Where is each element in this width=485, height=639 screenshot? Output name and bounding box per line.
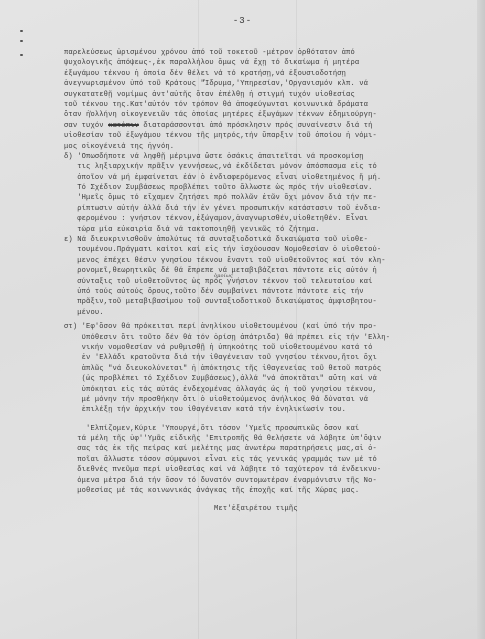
text-line: ἐπιλέξῃ τήν ἀρχικήν του ἰθαγένειαν κατά … [64,405,474,415]
text-line: νικήν νομοθεσίαν νά ρυθμισθῇ ἡ ὑπηκοότης… [64,343,474,353]
text-line: σαν τυχόν κατόπιν διαταράσσονται ἀπό πρό… [64,121,474,131]
text-line: ὑπόκηται εἰς τάς αὐτάς ἐνδεχομένας ἀλλαγ… [64,385,474,395]
text-line: στ) 'Εφ'ὅσον θά πρόκειται περί ἀνηλίκου … [64,322,474,332]
text-line: ὅταν ἠ̔ολλήνη οἰκογενειῶν τάς ὁποίας μητ… [64,110,474,120]
list-item-st: στ) 'Εφ'ὅσον θά πρόκειται περί ἀνηλίκου … [64,322,474,416]
margin-mark [20,54,23,56]
text-line: πρᾶξιν,τοῦ μεταβιβασίμου τοῦ συνταξιοδοτ… [64,297,474,307]
text-line: φερομένου : γνήσιον τέκνον,ἐξώγαμον,ἀναγ… [64,214,474,224]
closing-salutation: Μετ'ἐξαιρέτου τιμῆς [64,504,474,514]
text-line: ἁπλῶς "νά διευκολύνεται" ἡ ἀπόκτησις τῆς… [64,364,474,374]
text-line: σας τάς ἐκ τῆς πείρας καί μελέτης μας ἀν… [64,444,474,454]
text-line: τοῦ τέκνου της.Κατ'αὐτόν τόν τρόπον θά ἀ… [64,100,474,110]
spacer [64,496,474,504]
text-line: ἀνεγνωρισμένον ὑπό τοῦ Κράτους "Ἵδρυμα,'… [64,79,474,89]
document-page: -3- παρελεύσεως ὡρισμένου χρόνου ἀπό τοῦ… [0,0,485,639]
paper-edge-shadow [477,0,485,639]
text-line: (ὡς προβλέπει τό Σχέδιον Συμβάσεως),ἀλλά… [64,374,474,384]
text-line: ρίπτωσιν αὐτήν ἀλλά διά τήν ἐν γένει προ… [64,204,474,214]
text-line: μενος ἐπέχει θέσιν γνησίου τέκνου ἔναντι… [64,256,474,266]
text-line: μέ μόνην τήν προσθήκην ὅτι ὁ υἱοθετούμεν… [64,395,474,405]
text-line: ἐξωγάμου τέκνου ἡ ὁποία δέν θέλει νά τό … [64,69,474,79]
text-line: ποῖαι ἄλλωστε τόσον σύμφωνοι εἶναι εἰς τ… [64,455,474,465]
list-item-e: ε) Νά διευκρινισθοῦν ἀπολύτως τά συνταξι… [64,235,474,318]
text-line: ϋπόθεσιν ὅτι τοῦτο δέν θά τόν ὁρίσῃ ἀπάτ… [64,333,474,343]
struck-word: κατόπιν [108,122,139,130]
margin-mark [20,40,23,42]
text-line: τά μέλη τῆς ὑφ''Υμᾶς εἰδικῆς 'Επιτροπῆς … [64,434,474,444]
spacer [64,416,474,424]
text-line: σύνταξις τοῦ υἱοθετοῦντος ὡς πρός γνήσιο… [64,277,474,287]
list-item-d: δ) 'Οπωσδήποτε νά ληφθῇ μέριμνα ὥστε ὁσά… [64,152,474,235]
text-line: μοθεσίας μέ τάς κοινωνικάς ἀνάγκας τῆς ἐ… [64,486,474,496]
text-line: παρελεύσεως ὡρισμένου χρόνου ἀπό τοῦ τοκ… [64,48,474,58]
text-line: 'Ημεῖς ὅμως τό εἴχαμεν ζητήσει πρό πολλῶ… [64,193,474,203]
text-line: 'Ελπίζομεν,Κύριε 'Υπουργέ,ὅτι τόσον 'Υμε… [64,424,474,434]
closing-paragraph: 'Ελπίζομεν,Κύριε 'Υπουργέ,ὅτι τόσον 'Υμε… [64,424,474,497]
text-line: ρονομεῖ,θεωρητικῶς δέ θά ἔπρεπε νά μεταβ… [64,266,474,276]
page-number: -3- [0,16,485,26]
text-line: τουμένου.Πράγματι καίτοι καί εἰς τήν ἰσχ… [64,245,474,255]
document-body: παρελεύσεως ὡρισμένου χρόνου ἀπό τοῦ τοκ… [64,48,474,515]
text-line: ε) Νά διευκρινισθοῦν ἀπολύτως τά συνταξι… [64,235,474,245]
handwritten-insertion: ὁμοίως [214,271,233,281]
text-line: τώρα μία εὐκαιρία διά νά τακτοποιηθῇ γεν… [64,225,474,235]
text-line: μος οἰκογένειά της ἠγνόη. [64,142,474,152]
text-line: Τό Σχέδιον Συμβάσεως προβλέπει τοῦτο ἄλλ… [64,183,474,193]
text-line: ψυχολογικῆς ἀπόψεως-,ἐκ παραλλήλου ὅμως … [64,58,474,68]
text-line: ἐν 'Ελλάδι κρατοῦντα διά τήν ἰθαγένειαν … [64,353,474,363]
text-line: ὁποῖον νά μή ἐμφαίνεται ἐάν ὁ ἐνδιαφερόμ… [64,173,474,183]
text-line: συγκατατεθῇ νομίμως ἀντ'αὐτῆς ὅταν ἐπέλθ… [64,90,474,100]
text-line: δ) 'Οπωσδήποτε νά ληφθῇ μέριμνα ὥστε ὁσά… [64,152,474,162]
text-line: διεθνές πνεῦμα περί υἱοθεσίας καί νά λάβ… [64,465,474,475]
margin-mark [20,30,23,32]
text-line: μένου. [64,308,474,318]
paragraph-continuation: παρελεύσεως ὡρισμένου χρόνου ἀπό τοῦ τοκ… [64,48,474,152]
text-line: ὑπό τούς αὐτούς ὅρους,τοῦτο δέν συμβαίνε… [64,287,474,297]
text-line: υἱοθεσίαν τοῦ ἐξωγάμου τέκνου τῆς μητρός… [64,131,474,141]
text-line: τις ληξιαρχικήν πρᾶξιν γεννήσεως,νά ἐκδί… [64,162,474,172]
text-line: όμενα μέτρα διά τήν ὅσον τό δυνατόν συντ… [64,476,474,486]
